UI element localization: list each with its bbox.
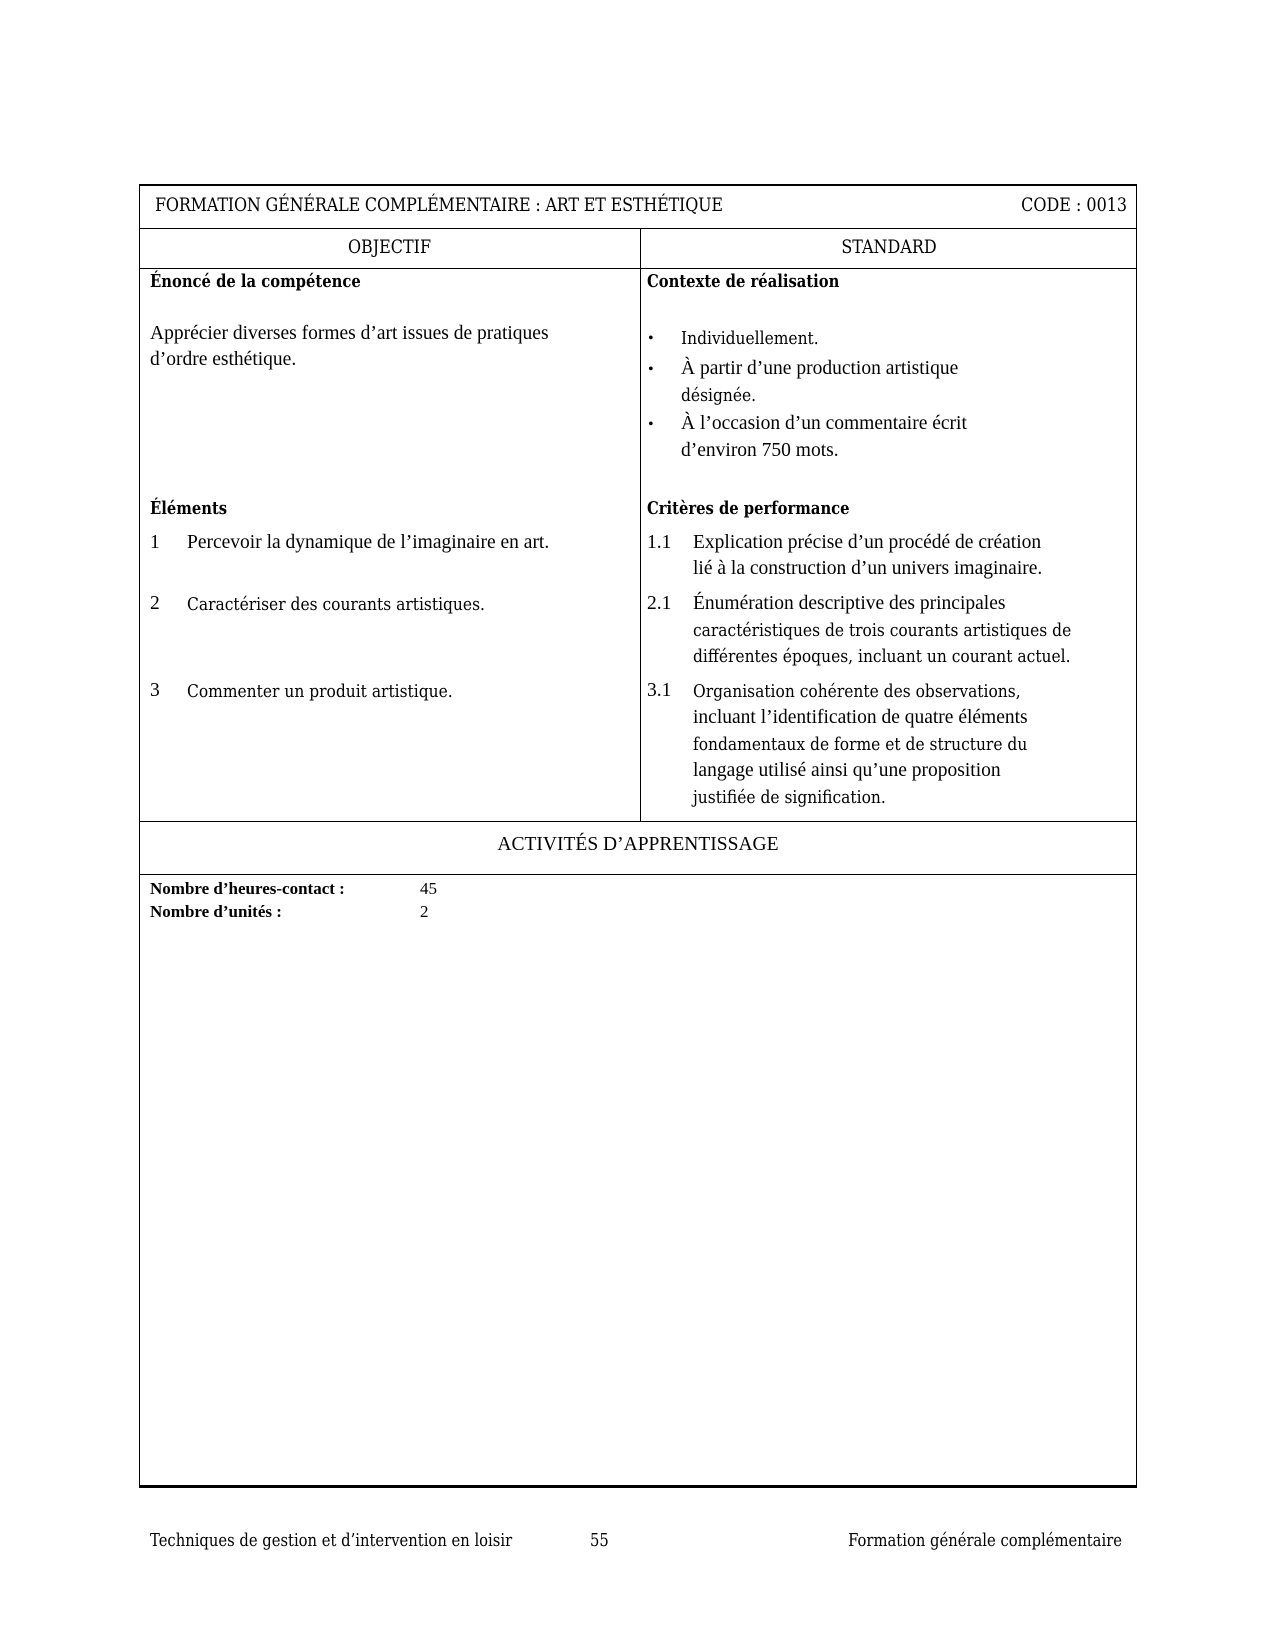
criterion-text: fondamentaux de forme et de structure du bbox=[693, 734, 1027, 755]
criterion-text: caractéristiques de trois courants artis… bbox=[693, 620, 1071, 641]
element-text: Commenter un produit artistique. bbox=[187, 681, 453, 702]
element-number: 1 bbox=[150, 532, 160, 554]
criterion-number: 3.1 bbox=[647, 680, 671, 702]
elements-heading: Éléments bbox=[150, 498, 227, 519]
criterion-text: justifiée de signification. bbox=[693, 787, 886, 808]
bullet-icon: • bbox=[648, 361, 654, 379]
criterion-number: 1.1 bbox=[647, 532, 671, 554]
criterion-text: lié à la construction d’un univers imagi… bbox=[693, 558, 1042, 580]
column-header-standard: STANDARD bbox=[681, 236, 1098, 258]
criterion-number: 2.1 bbox=[647, 593, 671, 615]
context-item: À partir d’une production artistique bbox=[681, 358, 958, 380]
criterion-text: différentes époques, incluant un courant… bbox=[693, 646, 1071, 667]
hours-value: 45 bbox=[420, 879, 437, 899]
footer-program: Techniques de gestion et d’intervention … bbox=[150, 1530, 512, 1551]
page-number: 55 bbox=[590, 1530, 609, 1551]
criteria-heading: Critères de performance bbox=[647, 498, 850, 519]
hours-label: Nombre d’heures-contact : bbox=[150, 879, 345, 899]
competence-statement-line: Apprécier diverses formes d’art issues d… bbox=[150, 323, 549, 345]
competence-heading: Énoncé de la compétence bbox=[150, 271, 361, 292]
divider-activities-bottom bbox=[139, 874, 1137, 875]
units-value: 2 bbox=[420, 902, 429, 922]
context-heading: Contexte de réalisation bbox=[647, 271, 839, 292]
units-label: Nombre d’unités : bbox=[150, 902, 282, 922]
divider-columns bbox=[139, 268, 1137, 269]
bullet-icon: • bbox=[648, 330, 654, 348]
bullet-icon: • bbox=[648, 416, 654, 434]
element-number: 3 bbox=[150, 680, 160, 702]
divider-header bbox=[139, 228, 1137, 229]
divider-activities-top bbox=[139, 821, 1137, 822]
context-item: Individuellement. bbox=[681, 328, 819, 349]
criterion-text: Énumération descriptive des principales bbox=[693, 593, 1005, 615]
criterion-text: Organisation cohérente des observations, bbox=[693, 681, 1021, 702]
element-number: 2 bbox=[150, 593, 160, 615]
page-title: FORMATION GÉNÉRALE COMPLÉMENTAIRE : ART … bbox=[155, 194, 723, 216]
activities-heading: ACTIVITÉS D’APPRENTISSAGE bbox=[139, 834, 1137, 856]
course-code: CODE : 0013 bbox=[1021, 194, 1127, 216]
context-item-continuation: d’environ 750 mots. bbox=[681, 440, 839, 462]
context-item: À l’occasion d’un commentaire écrit bbox=[681, 413, 967, 435]
footer-section: Formation générale complémentaire bbox=[848, 1530, 1122, 1551]
column-divider bbox=[640, 229, 641, 821]
column-header-objectif: OBJECTIF bbox=[179, 236, 600, 258]
element-text: Caractériser des courants artistiques. bbox=[187, 594, 485, 615]
element-text: Percevoir la dynamique de l’imaginaire e… bbox=[187, 532, 549, 554]
competence-statement-line: d’ordre esthétique. bbox=[150, 349, 296, 371]
criterion-text: incluant l’identification de quatre élém… bbox=[693, 707, 1028, 729]
context-item-continuation: désignée. bbox=[681, 385, 756, 406]
criterion-text: langage utilisé ainsi qu’une proposition bbox=[693, 760, 1001, 782]
criterion-text: Explication précise d’un procédé de créa… bbox=[693, 532, 1041, 554]
